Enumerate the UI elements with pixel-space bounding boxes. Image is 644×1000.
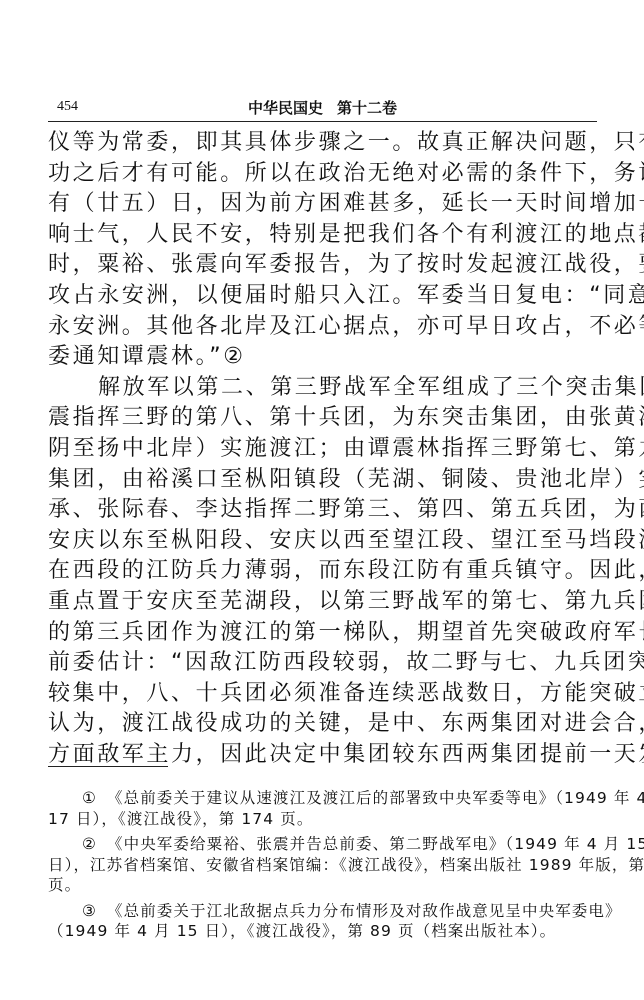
running-head: 454 中华民国史第十二卷	[48, 97, 597, 119]
footnote-marker: ③	[82, 902, 97, 920]
text-line: 集团，由裕溪口至枞阳镇段（芜湖、铜陵、贵池北岸）实施渡江；由刘伯	[48, 465, 599, 496]
footnote: ③《总前委关于江北敌据点兵力分布情形及对敌作战意见呈中央军委电》（1949 年 …	[48, 901, 599, 942]
text-line: 攻占永安洲，以便届时船只入江。军委当日复电：“同意你们迅即攻占	[48, 281, 599, 312]
footnote: ①《总前委关于建议从速渡江及渡江后的部署致中央军委等电》（1949 年 4 月1…	[48, 788, 599, 829]
footnote-line: ②《中央军委给粟裕、张震并告总前委、第二野战军电》（1949 年 4 月 15	[48, 834, 599, 855]
footnote-text: 页。	[48, 876, 81, 894]
text-line: 阴至扬中北岸）实施渡江；由谭震林指挥三野第七、第九兵团，为中突击	[48, 434, 599, 465]
footnote-text: （1949 年 4 月 15 日），《渡江战役》，第 89 页（档案出版社本）。	[48, 922, 556, 940]
footnote-line: （1949 年 4 月 15 日），《渡江战役》，第 89 页（档案出版社本）。	[48, 921, 599, 942]
footnote-marker: ①	[82, 789, 97, 807]
text-line: 承、张际春、李达指挥二野第三、第四、第五兵团，为西突击集团，分别在	[48, 495, 599, 526]
book-title: 中华民国史第十二卷	[48, 97, 597, 118]
footnote-line: ①《总前委关于建议从速渡江及渡江后的部署致中央军委等电》（1949 年 4 月	[48, 788, 599, 809]
text-line: 认为，渡江战役成功的关键，是中、东两集团对进会合，围歼南京、镇江	[48, 709, 599, 740]
footnote-line: ③《总前委关于江北敌据点兵力分布情形及对敌作战意见呈中央军委电》	[48, 901, 599, 922]
footnote-text: 《中央军委给粟裕、张震并告总前委、第二野战军电》（1949 年 4 月 15	[107, 835, 644, 853]
volume-label: 第十二卷	[337, 99, 397, 117]
text-line: 重点置于安庆至芜湖段，以第三野战军的第七、第九兵团和第二野战军	[48, 587, 599, 618]
paragraph: 解放军以第二、第三野战军全军组成了三个突击集团，由粟裕、张震指挥三野的第八、第十…	[48, 373, 599, 771]
text-line: 有（廿五）日，因为前方困难甚多，延长一天时间增加一分困难，不但影	[48, 189, 599, 220]
footnote-separator	[48, 766, 168, 767]
paragraph: 仪等为常委，即其具体步骤之一。故真正解决问题，只有在我们渡江成功之后才有可能。所…	[48, 128, 599, 373]
text-line: 仪等为常委，即其具体步骤之一。故真正解决问题，只有在我们渡江成	[48, 128, 599, 159]
footnote-marker: ②	[82, 835, 97, 853]
text-line: 前委估计：“因敌江防西段较弱，故二野与七、九兵团突破较易。东段敌	[48, 648, 599, 679]
footnote-text: 《总前委关于建议从速渡江及渡江后的部署致中央军委等电》（1949 年 4 月	[107, 789, 644, 807]
footnote-line: 日），江苏省档案馆、安徽省档案馆编：《渡江战役》，档案出版社 1989 年版，第…	[48, 855, 599, 876]
header-rule	[48, 121, 597, 122]
footnote-text: 17 日），《渡江战役》，第 174 页。	[48, 810, 313, 828]
book-page: 454 中华民国史第十二卷 仪等为常委，即其具体步骤之一。故真正解决问题，只有在…	[0, 0, 644, 1000]
text-line: 震指挥三野的第八、第十兵团，为东突击集团，由张黄港至口岸段（即江	[48, 403, 599, 434]
text-line: 解放军以第二、第三野战军全军组成了三个突击集团，由粟裕、张	[48, 373, 599, 404]
text-line: 的第三兵团作为渡江的第一梯队，期望首先突破政府军长江防线。总	[48, 618, 599, 649]
footnote-line: 页。	[48, 875, 599, 896]
body-text: 仪等为常委，即其具体步骤之一。故真正解决问题，只有在我们渡江成功之后才有可能。所…	[48, 128, 599, 770]
text-line: 安庆以东至枞阳段、安庆以西至望江段、望江至马垱段渡江。国民党军	[48, 526, 599, 557]
text-line: 委通知谭震林。”②	[48, 342, 599, 373]
text-line: 永安洲。其他各北岸及江心据点，亦可早日攻占，不必等到 20 号，请总	[48, 312, 599, 343]
text-line: 功之后才有可能。所以在政治无绝对必需的条件下，务请不再推迟至	[48, 159, 599, 190]
footnote-text: 《总前委关于江北敌据点兵力分布情形及对敌作战意见呈中央军委电》	[107, 902, 622, 920]
footnote-text: 日），江苏省档案馆、安徽省档案馆编：《渡江战役》，档案出版社 1989 年版，第…	[48, 856, 644, 874]
text-line: 响士气，人民不安，特别是把我们各个有利渡江的地点都暴露了。”①同	[48, 220, 599, 251]
text-line: 在西段的江防兵力薄弱，而东段江防有重兵镇守。因此，解放军的渡江	[48, 556, 599, 587]
text-line: 时，粟裕、张震向军委报告，为了按时发起渡江战役，要求提早于 16 日	[48, 250, 599, 281]
footnote: ②《中央军委给粟裕、张震并告总前委、第二野战军电》（1949 年 4 月 15日…	[48, 834, 599, 896]
book-title-text: 中华民国史	[248, 99, 323, 117]
footnotes: ①《总前委关于建议从速渡江及渡江后的部署致中央军委等电》（1949 年 4 月1…	[48, 788, 599, 947]
text-line: 较集中，八、十兵团必须准备连续恶战数日，方能突破立足。”③总前委	[48, 679, 599, 710]
footnote-line: 17 日），《渡江战役》，第 174 页。	[48, 809, 599, 830]
